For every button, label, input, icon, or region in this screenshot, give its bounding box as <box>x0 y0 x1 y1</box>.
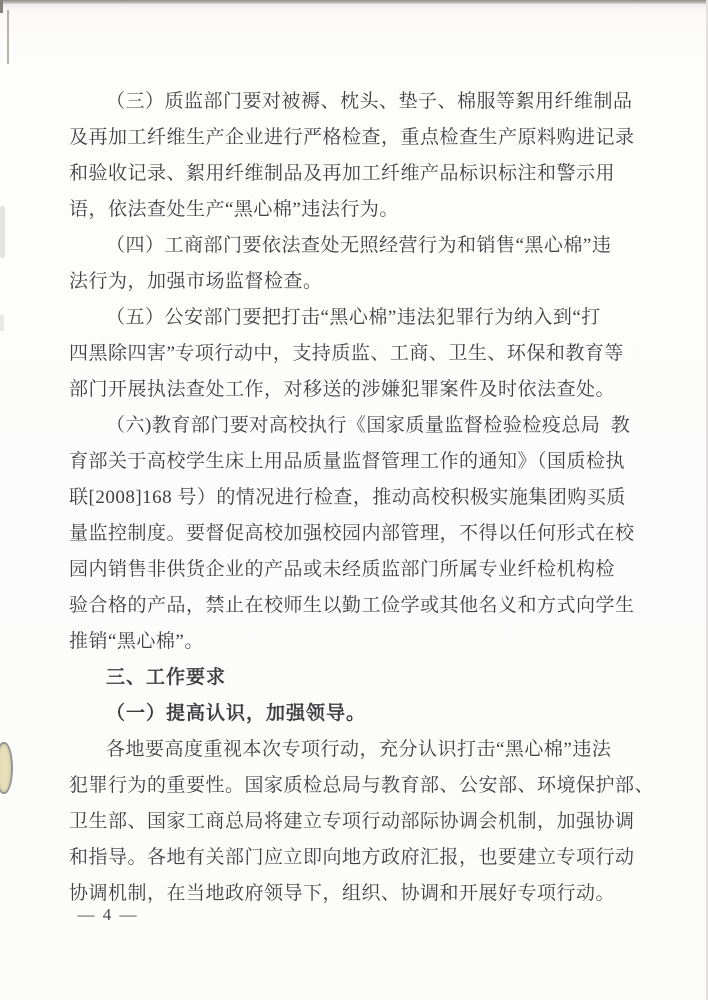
scan-corner-artifact <box>0 0 3 13</box>
text-line: 语，依法查处生产“黑心棉”违法行为。 <box>69 192 645 228</box>
paragraph: （三）质监部门要对被褥、枕头、垫子、棉服等絮用纤维制品及再加工纤维生产企业进行严… <box>69 84 645 228</box>
paragraph: （六)教育部门要对高校执行《国家质量监督检验检疫总局 教育部关于高校学生床上用品… <box>69 408 645 660</box>
text-line: 部门开展执法查处工作，对移送的涉嫌犯罪案件及时依法查处。 <box>69 372 645 408</box>
subheading: （一）提高认识，加强领导。 <box>69 696 645 732</box>
scan-left-line-artifact <box>7 10 9 64</box>
text-line: （四）工商部门要依法查处无照经营行为和销售“黑心棉”违 <box>69 228 645 264</box>
paragraph: 各地要高度重视本次专项行动，充分认识打击“黑心棉”违法犯罪行为的重要性。国家质检… <box>69 732 645 912</box>
text-line: 犯罪行为的重要性。国家质检总局与教育部、公安部、环境保护部、 <box>69 768 645 804</box>
text-line: 和验收记录、絮用纤维制品及再加工纤维产品标识标注和警示用 <box>69 156 645 192</box>
text-line: 卫生部、国家工商总局将建立专项行动部际协调会机制，加强协调 <box>69 804 645 840</box>
text-line: 三、工作要求 <box>69 660 645 696</box>
text-line: 四黑除四害”专项行动中，支持质监、工商、卫生、环保和教育等 <box>69 336 645 372</box>
document-body: （三）质监部门要对被褥、枕头、垫子、棉服等絮用纤维制品及再加工纤维生产企业进行严… <box>69 84 645 912</box>
text-line: （三）质监部门要对被褥、枕头、垫子、棉服等絮用纤维制品 <box>69 84 645 120</box>
heading: 三、工作要求 <box>69 660 645 696</box>
text-line: 和指导。各地有关部门应立即向地方政府汇报，也要建立专项行动 <box>69 840 645 876</box>
text-line: 各地要高度重视本次专项行动，充分认识打击“黑心棉”违法 <box>69 732 645 768</box>
scan-left-smudge <box>0 206 5 258</box>
scanned-document-page: （三）质监部门要对被褥、枕头、垫子、棉服等絮用纤维制品及再加工纤维生产企业进行严… <box>0 0 708 1000</box>
text-line: 及再加工纤维生产企业进行严格检查，重点检查生产原料购进记录 <box>69 120 645 156</box>
text-line: 推销“黑心棉”。 <box>69 624 645 660</box>
page-number: — 4 — <box>50 905 166 925</box>
binder-clip-mark <box>0 742 13 794</box>
scan-left-smudge-small <box>0 315 4 331</box>
text-line: 育部关于高校学生床上用品质量监督管理工作的通知》（国质检执 <box>69 444 645 480</box>
text-line: 量监控制度。要督促高校加强校园内部管理，不得以任何形式在校 <box>69 516 645 552</box>
scan-top-edge-shadow <box>0 4 708 7</box>
paragraph: （五）公安部门要把打击“黑心棉”违法犯罪行为纳入到“打四黑除四害”专项行动中，支… <box>69 300 645 408</box>
text-line: 法行为，加强市场监督检查。 <box>69 264 645 300</box>
paragraph: （四）工商部门要依法查处无照经营行为和销售“黑心棉”违法行为，加强市场监督检查。 <box>69 228 645 300</box>
text-line: 验合格的产品，禁止在校师生以勤工俭学或其他名义和方式向学生 <box>69 588 645 624</box>
text-line: （五）公安部门要把打击“黑心棉”违法犯罪行为纳入到“打 <box>69 300 645 336</box>
text-line: （六)教育部门要对高校执行《国家质量监督检验检疫总局 教 <box>69 408 645 444</box>
text-line: 园内销售非供货企业的产品或未经质监部门所属专业纤检机构检 <box>69 552 645 588</box>
text-line: 联[2008]168 号）的情况进行检查，推动高校积极实施集团购买质 <box>69 480 645 516</box>
text-line: （一）提高认识，加强领导。 <box>69 696 645 732</box>
